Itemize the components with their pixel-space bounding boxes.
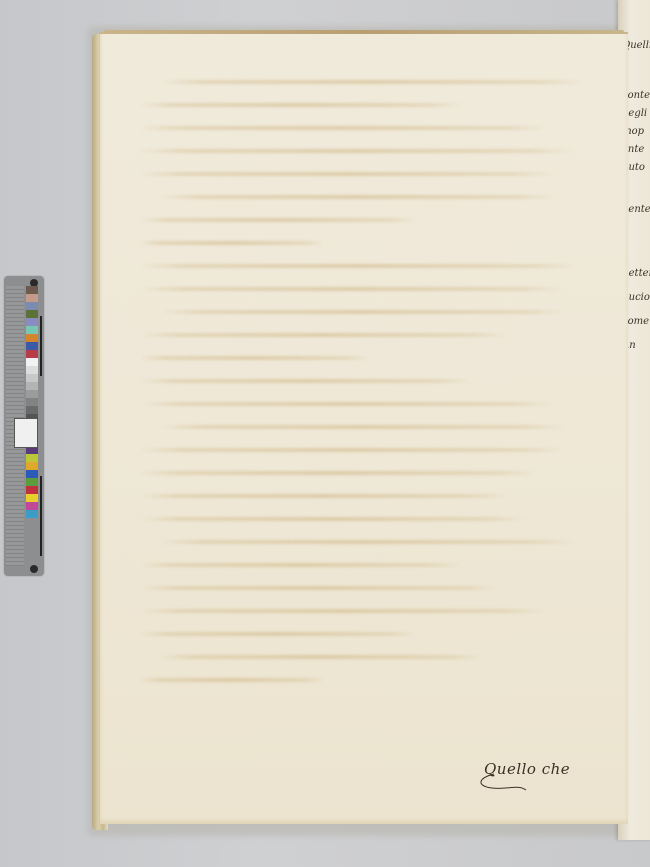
bleed-line [160,655,482,659]
bleed-line [140,149,572,153]
bleed-line [160,425,565,429]
bleed-line [140,218,416,222]
color-swatch [26,366,38,374]
target-swatches [26,286,38,518]
bleed-line [140,632,416,636]
color-swatch [26,398,38,406]
bleed-line [140,126,545,130]
target-bar [40,316,42,376]
catchword: Quello che [484,760,570,778]
bleed-line [140,517,526,521]
target-hole-bottom [30,565,38,573]
bleed-line [160,540,574,544]
color-swatch [26,454,38,462]
bleed-line [160,310,565,314]
bleed-line [140,448,563,452]
color-swatch [26,390,38,398]
bleed-line [140,172,554,176]
color-swatch [26,302,38,310]
bleed-line [140,103,462,107]
color-swatch [26,342,38,350]
bleed-line [140,287,563,291]
bleed-line [140,471,536,475]
bleed-through-text [140,80,600,780]
color-swatch [26,510,38,518]
color-swatch [26,494,38,502]
bleed-line [140,494,508,498]
bleed-line [140,356,370,360]
color-swatch [26,310,38,318]
color-swatch [26,318,38,326]
color-swatch [26,470,38,478]
color-swatch [26,406,38,414]
color-swatch [26,478,38,486]
color-calibration-target [4,276,44,576]
color-swatch [26,326,38,334]
bleed-line [140,402,554,406]
bleed-line [140,563,462,567]
bleed-line [160,80,583,84]
page-top-edge [104,30,624,34]
bleed-line [140,586,499,590]
color-swatch [26,462,38,470]
bleed-line [140,241,324,245]
color-swatch [26,502,38,510]
bleed-line [140,379,471,383]
bleed-line [140,678,324,682]
target-bar [40,476,42,556]
bleed-line [160,195,556,199]
bleed-line [140,264,577,268]
color-swatch [26,486,38,494]
bleed-line [140,333,508,337]
color-swatch [26,358,38,366]
color-swatch [26,294,38,302]
color-swatch [26,350,38,358]
color-swatch [26,382,38,390]
color-swatch [26,334,38,342]
bleed-line [140,609,545,613]
color-swatch [26,374,38,382]
color-swatch [26,286,38,294]
target-label [14,418,38,448]
